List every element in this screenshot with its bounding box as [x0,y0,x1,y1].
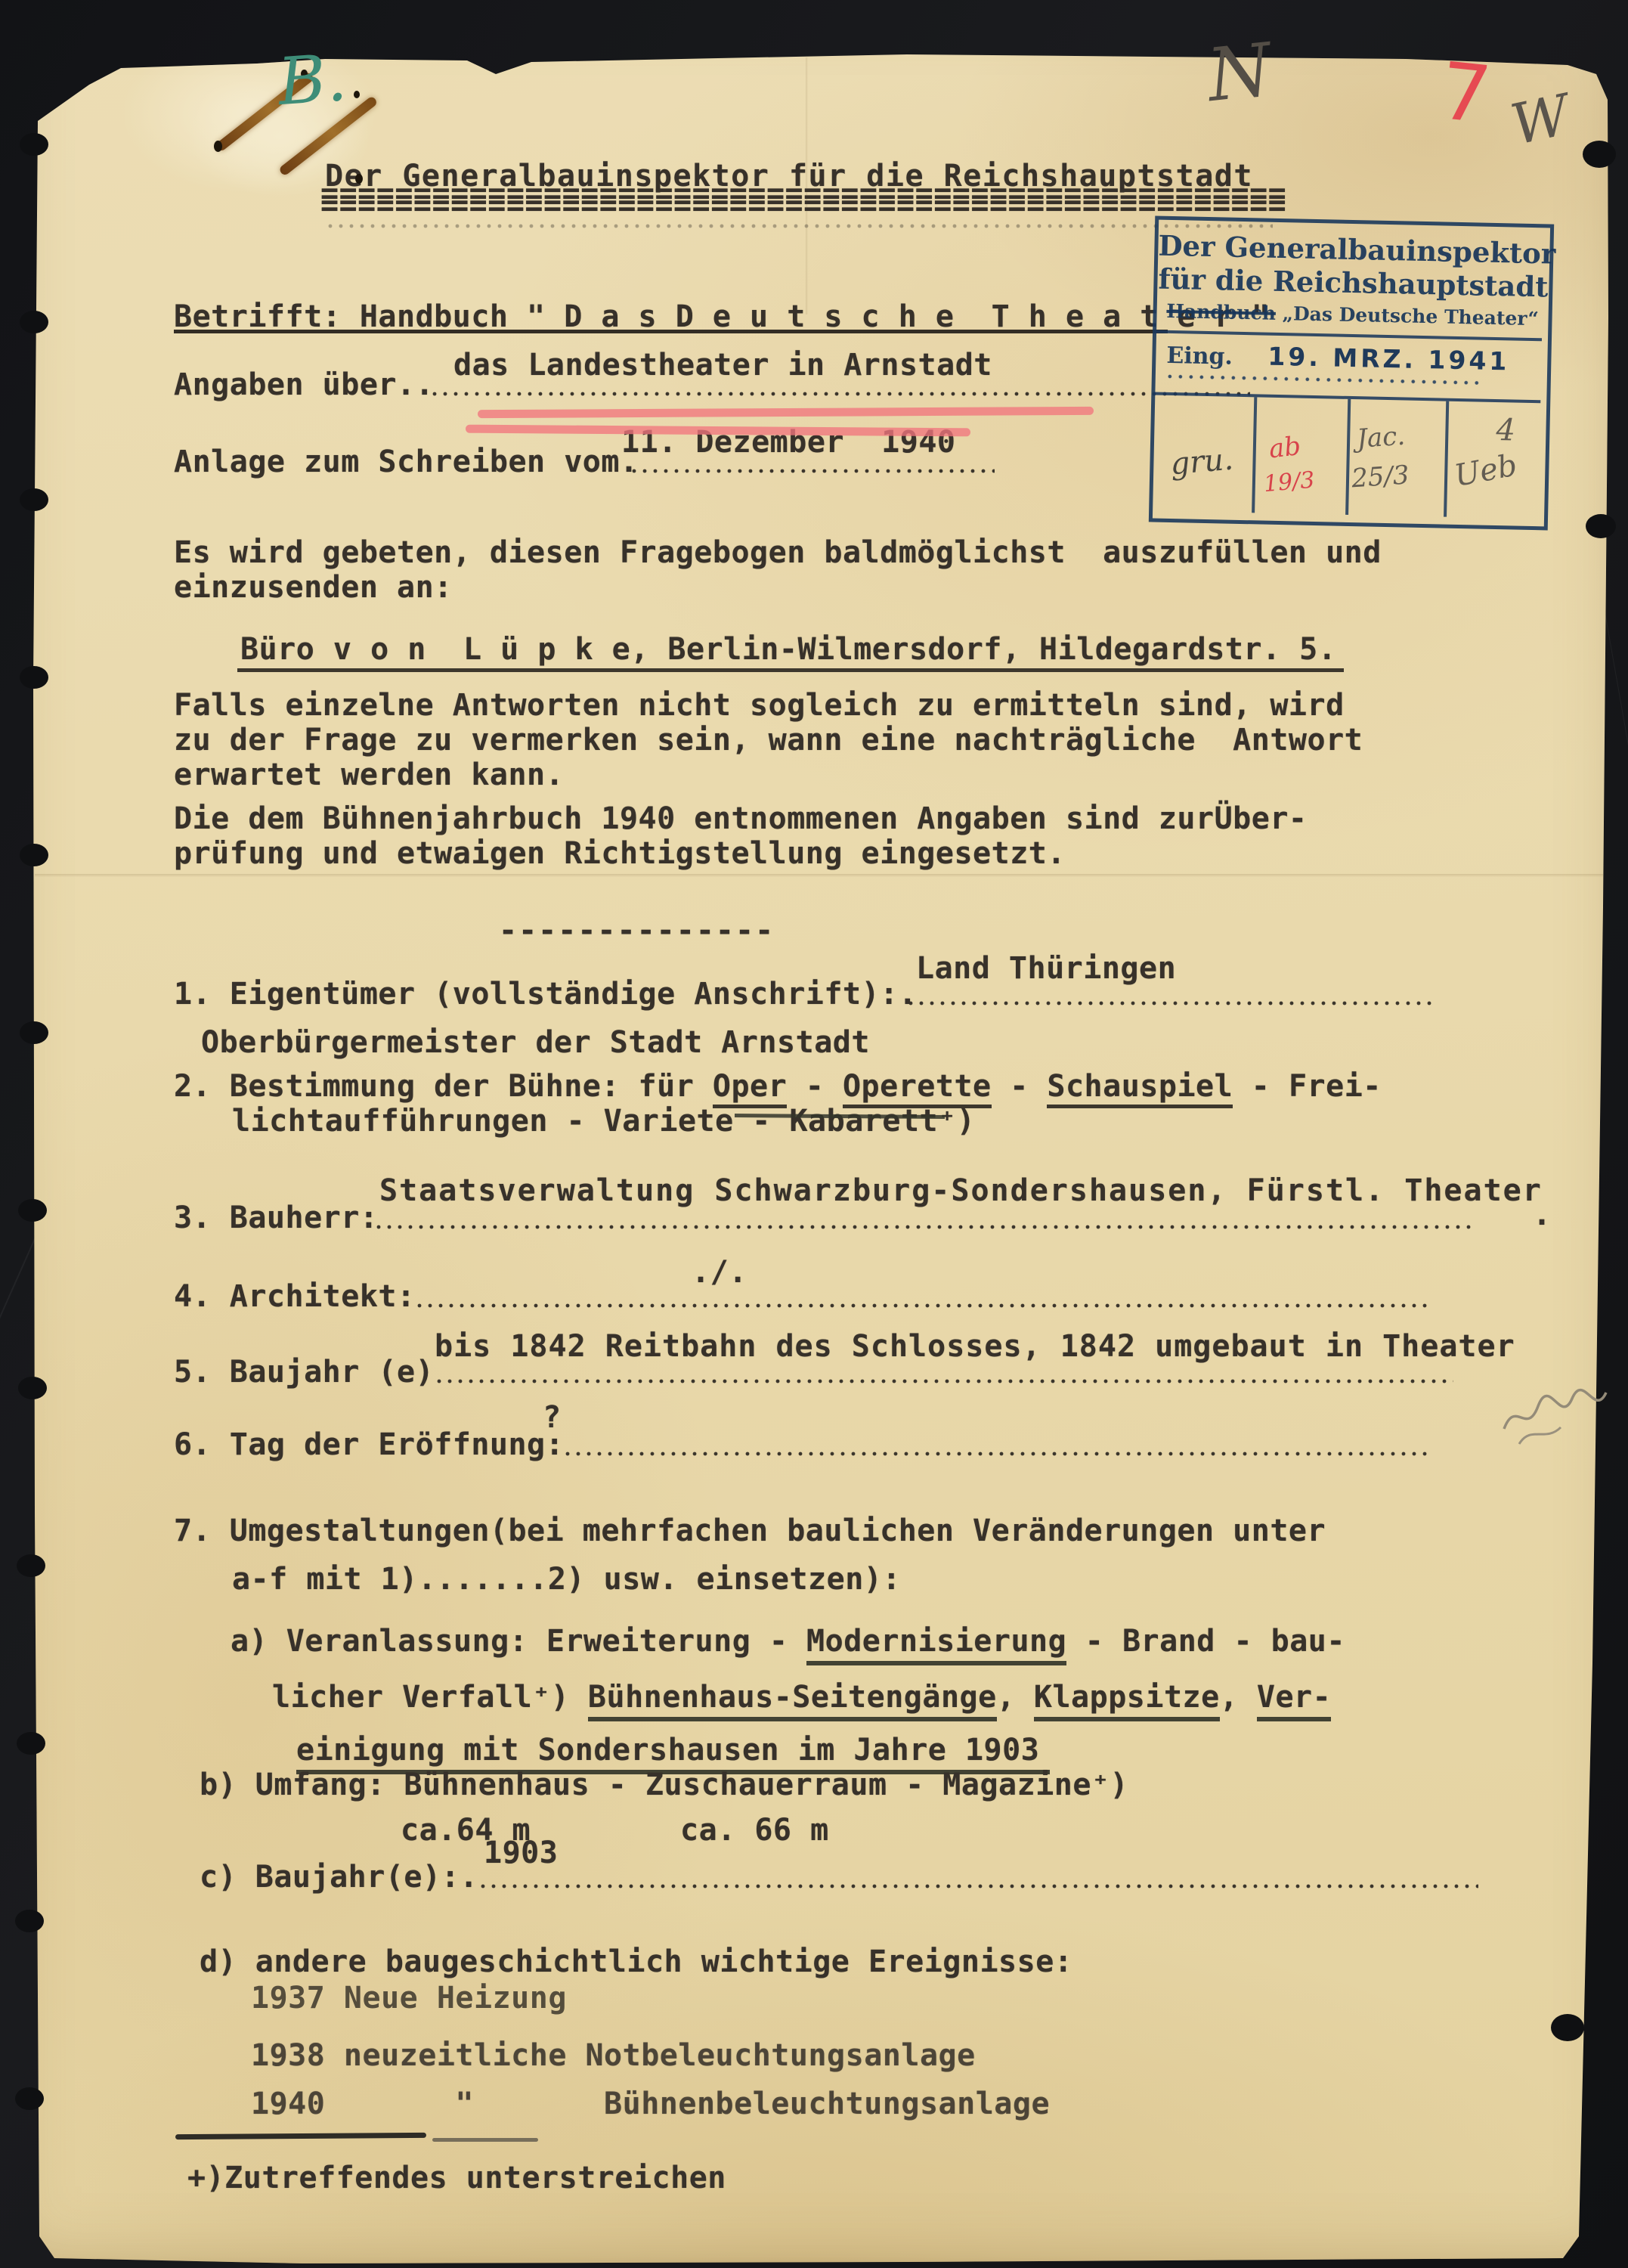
question-7d-item: 1937 Neue Heizung [251,1981,567,2015]
comma: , [1220,1680,1257,1715]
question-1-value: Land Thüringen [916,951,1176,986]
paragraph-falls-line3: erwartet werden kann. [174,758,564,792]
stamp-cell-initial-red: ab [1267,431,1302,465]
header-rule: ========================================… [320,198,1286,213]
paragraph-jahrbuch-line2: prüfung und etwaigen Richtigstellung ein… [174,836,1066,871]
stamp-cell-divider [1444,401,1449,517]
question-3-label: 3. Bauherr: [174,1201,378,1235]
question-7b-label: b) Umfang: Bühnenhaus - Zuschauerraum - … [200,1768,1128,1802]
stamp-eing-label: Eing. [1166,342,1233,370]
dotted-leader [481,1884,1478,1888]
punch-hole [1551,2014,1584,2041]
dotted-leader [908,1001,1438,1005]
question-7-line1: 7. Umgestaltungen(bei mehrfachen baulich… [174,1514,1326,1548]
stamp-line2: für die Reichshauptstadt [1157,262,1549,304]
question-7c-label: c) Baujahr(e):. [200,1860,478,1895]
underlined-buehnenhaus-seitengaenge: Bühnenhaus-Seitengänge [588,1680,997,1721]
question-7a-line1: a) Veranlassung: Erweiterung - Modernisi… [231,1624,1345,1659]
option-oper: Oper [713,1069,787,1108]
address-line: Büro v o n L ü p k e, Berlin-Wilmersdorf… [237,632,1344,672]
red-pencil-number: 7 [1436,45,1496,141]
question-2-line2-lead: lichtaufführungen - Variete - [232,1104,789,1139]
question-4-value: ./. [692,1255,747,1290]
option-dash: - [992,1069,1048,1104]
underlined-klappsitze: Klappsitze [1034,1680,1220,1721]
punch-hole [20,1021,48,1044]
question-6-label: 6. Tag der Eröffnung: [174,1427,564,1462]
rust-stain [354,91,360,98]
punch-hole [17,1732,45,1755]
question-4-label: 4. Architekt: [174,1279,416,1314]
field-anlage-label: Anlage zum Schreiben vom. [174,445,639,479]
green-pencil-mark: B. [276,40,349,120]
question-7a-lead: a) Veranlassung: Erweiterung - [231,1624,806,1659]
option-kabarett: Kabarett [789,1104,938,1139]
paragraph-request-line2: einzusenden an: [174,570,453,605]
stamp-cell-date-red: 19/3 [1263,467,1316,498]
question-3-value: Staatsverwaltung Schwarzburg-Sondershaus… [379,1173,1543,1208]
question-2-tail: - Frei- [1233,1069,1382,1104]
ghost-dotted-row [328,224,1273,228]
option-operette: Operette [843,1069,992,1108]
question-1-value2: Oberbürgermeister der Stadt Arnstadt [201,1025,870,1060]
paragraph-falls-line2: zu der Frage zu vermerken sein, wann ein… [174,723,1363,758]
stamp-handbuch-struck: Handbuch [1166,300,1276,324]
dotted-leader [376,1225,1476,1229]
underlined-ver: Ver- [1257,1680,1331,1721]
punch-hole [15,1910,44,1932]
punch-hole [1586,514,1616,538]
field-angaben-label: Angaben über.. [174,367,434,402]
stamp-cell-initial: 4 [1496,413,1515,448]
stamp-divider [1155,330,1542,342]
stamp-cell-initial: Jac. [1356,421,1406,454]
question-3-trailing-dot: . [1533,1198,1552,1232]
question-5-value: bis 1842 Reitbahn des Schlosses, 1842 um… [435,1329,1515,1364]
paragraph-jahrbuch-line1: Die dem Bühnenjahrbuch 1940 entnommenen … [174,801,1308,836]
stamp-line3: Handbuch „Das Deutsche Theater“ [1156,300,1548,330]
footnote: +)Zutreffendes unterstreichen [187,2161,726,2195]
question-7c-value: 1903 [484,1836,558,1870]
dotted-leader [432,392,1250,396]
paragraph-falls-line1: Falls einzelne Antworten nicht sogleich … [174,688,1345,723]
stamp-cell-initial: gru. [1169,442,1235,482]
punch-hole [20,311,48,333]
stamp-cell-divider [1252,397,1257,513]
question-7-line2: a-f mit 1).......2) usw. einsetzen): [232,1562,901,1597]
option-schauspiel: Schauspiel [1047,1069,1233,1108]
rust-stain [214,141,222,152]
punch-hole [15,2087,44,2110]
dotted-leader [437,1379,1453,1383]
question-7b-measure2: ca. 66 m [680,1813,829,1848]
question-2-lead: 2. Bestimmung der Bühne: für [174,1069,713,1104]
fold-crease [35,874,1603,877]
stamp-cell-divider [1345,399,1351,515]
question-7d-item: 1940 " Bühnenbeleuchtungsanlage [251,2087,1050,2121]
stamp-cell-initial: Ueb [1452,448,1520,494]
punch-hole [18,1199,47,1222]
stamp-line3-rest: „Das Deutsche Theater“ [1276,302,1539,330]
rust-stain [355,174,363,184]
question-7a-line2: licher Verfall⁺) Bühnenhaus-Seitengänge,… [272,1680,1331,1715]
question-2-line1: 2. Bestimmung der Bühne: für Oper - Oper… [174,1069,1382,1104]
stamp-dotted-leader [1168,374,1485,386]
question-7a-line3: einigung mit Sondershausen im Jahre 1903 [296,1733,1050,1768]
question-5-label: 5. Baujahr (e) [174,1355,434,1390]
question-1-label: 1. Eigentümer (vollständige Anschrift):. [174,977,917,1012]
underlined-modernisierung: Modernisierung [806,1624,1066,1665]
dotted-leader [565,1452,1431,1456]
field-angaben-value: das Landestheater in Arnstadt [453,348,992,383]
pencil-initial: N [1203,27,1275,118]
pen-rule [432,2138,538,2142]
question-7a-tail: - Brand - bau- [1066,1624,1345,1659]
stamp-cell-date: 25/3 [1351,460,1410,494]
pencil-scribble [1500,1383,1614,1452]
punch-hole [20,666,48,689]
betrifft-underline [174,330,1168,333]
footnote-marker: ⁺) [938,1104,975,1139]
punch-hole [20,488,48,511]
punch-hole [20,133,48,156]
scanned-document-page: B. N 7 W Der Generalbauinspektor für die… [0,0,1628,2268]
dotted-leader [417,1303,1430,1308]
question-7d-label: d) andere baugeschichtlich wichtige Erei… [200,1944,1072,1979]
question-2-line2: lichtaufführungen - Variete - Kabarett⁺) [232,1104,975,1139]
stamp-date-received: 19. MRZ. 1941 [1267,342,1510,376]
separator-dashes: -------------- [499,913,775,948]
punch-hole [1583,141,1616,168]
question-7d-item: 1938 neuzeitliche Notbeleuchtungsanlage [251,2038,976,2073]
question-7a-line2-lead: licher Verfall⁺) [272,1680,588,1715]
punch-hole [17,1554,45,1577]
entry-stamp: Der Generalbauinspektor für die Reichsha… [1149,216,1554,531]
punch-hole [18,1377,47,1399]
option-dash: - [787,1069,843,1104]
punch-hole [20,844,48,866]
dotted-leader [632,469,995,473]
paragraph-request-line1: Es wird gebeten, diesen Fragebogen baldm… [174,535,1382,570]
comma: , [997,1680,1034,1715]
